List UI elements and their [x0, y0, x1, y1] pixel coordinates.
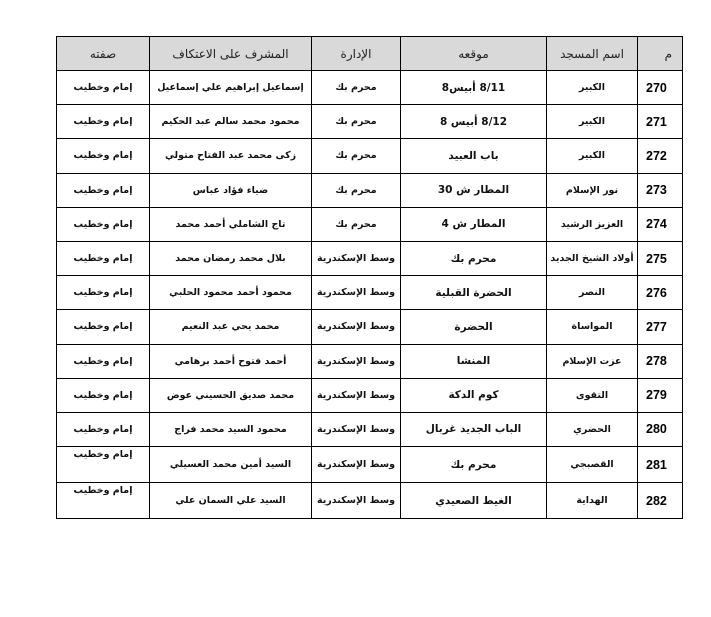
cell-role: إمام وخطيب [57, 378, 150, 412]
cell-role: إمام وخطيب [57, 71, 150, 105]
cell-mosque-name: الحضري [547, 412, 638, 446]
table-row: 281القصبجيمحرم بكوسط الإسكندريةالسيد أمي… [57, 447, 683, 483]
cell-department: وسط الإسكندرية [312, 483, 401, 519]
cell-supervisor: بلال محمد رمضان محمد [150, 241, 312, 275]
cell-location: 8/12 أبيس 8 [401, 105, 547, 139]
cell-num: 276 [638, 276, 683, 310]
cell-location: باب العبيد [401, 139, 547, 173]
table-row: 273نور الإسلامالمطار ش 30محرم بكضياء فؤا… [57, 173, 683, 207]
cell-location: محرم بك [401, 447, 547, 483]
cell-mosque-name: العزيز الرشيد [547, 207, 638, 241]
cell-mosque-name: نور الإسلام [547, 173, 638, 207]
cell-role: إمام وخطيب [57, 447, 150, 483]
header-num: م [638, 37, 683, 71]
cell-mosque-name: الكبير [547, 139, 638, 173]
cell-supervisor: إسماعيل إبراهيم علي إسماعيل [150, 71, 312, 105]
cell-department: وسط الإسكندرية [312, 412, 401, 446]
cell-department: وسط الإسكندرية [312, 310, 401, 344]
cell-mosque-name: المواساة [547, 310, 638, 344]
cell-location: الغيط الصعيدي [401, 483, 547, 519]
table-row: 272الكبيرباب العبيدمحرم بكزكى محمد عبد ا… [57, 139, 683, 173]
cell-num: 281 [638, 447, 683, 483]
cell-supervisor: أحمد فتوح أحمد برهامي [150, 344, 312, 378]
cell-department: محرم بك [312, 173, 401, 207]
cell-location: المطار ش 4 [401, 207, 547, 241]
cell-department: وسط الإسكندرية [312, 344, 401, 378]
cell-supervisor: السيد علي السمان علي [150, 483, 312, 519]
cell-location: الحضرة القبلية [401, 276, 547, 310]
cell-num: 279 [638, 378, 683, 412]
table-row: 270الكبير8/11 أبيس8محرم بكإسماعيل إبراهي… [57, 71, 683, 105]
header-supervisor: المشرف على الاعتكاف [150, 37, 312, 71]
cell-role: إمام وخطيب [57, 483, 150, 519]
header-role: صفته [57, 37, 150, 71]
cell-location: كوم الدكة [401, 378, 547, 412]
cell-location: 8/11 أبيس8 [401, 71, 547, 105]
cell-role: إمام وخطيب [57, 105, 150, 139]
table-row: 278عزت الإسلامالمنشاوسط الإسكندريةأحمد ف… [57, 344, 683, 378]
cell-num: 270 [638, 71, 683, 105]
cell-location: الحضرة [401, 310, 547, 344]
cell-num: 282 [638, 483, 683, 519]
table-row: 280الحضريالباب الجديد غربالوسط الإسكندري… [57, 412, 683, 446]
cell-supervisor: تاج الشاملي أحمد محمد [150, 207, 312, 241]
cell-department: وسط الإسكندرية [312, 447, 401, 483]
cell-mosque-name: الكبير [547, 71, 638, 105]
cell-role: إمام وخطيب [57, 276, 150, 310]
cell-department: محرم بك [312, 207, 401, 241]
cell-mosque-name: الكبير [547, 105, 638, 139]
table-row: 279التقوىكوم الدكةوسط الإسكندريةمحمد صدي… [57, 378, 683, 412]
cell-mosque-name: التقوى [547, 378, 638, 412]
cell-location: الباب الجديد غربال [401, 412, 547, 446]
cell-role: إمام وخطيب [57, 173, 150, 207]
cell-num: 277 [638, 310, 683, 344]
cell-role: إمام وخطيب [57, 412, 150, 446]
header-row: م اسم المسجد موقعه الإدارة المشرف على ال… [57, 37, 683, 71]
cell-mosque-name: عزت الإسلام [547, 344, 638, 378]
cell-supervisor: محمود أحمد محمود الحلبي [150, 276, 312, 310]
header-department: الإدارة [312, 37, 401, 71]
cell-role: إمام وخطيب [57, 344, 150, 378]
table-row: 275أولاد الشيخ الجديدمحرم بكوسط الإسكندر… [57, 241, 683, 275]
cell-supervisor: محمود السيد محمد فراج [150, 412, 312, 446]
cell-num: 280 [638, 412, 683, 446]
cell-supervisor: محمود محمد سالم عبد الحكيم [150, 105, 312, 139]
cell-supervisor: محمد صديق الحسيني عوض [150, 378, 312, 412]
cell-role: إمام وخطيب [57, 207, 150, 241]
cell-department: وسط الإسكندرية [312, 241, 401, 275]
cell-num: 272 [638, 139, 683, 173]
cell-supervisor: زكى محمد عبد الفتاح متولي [150, 139, 312, 173]
table-row: 277المواساةالحضرةوسط الإسكندريةمحمد يحي … [57, 310, 683, 344]
cell-mosque-name: أولاد الشيخ الجديد [547, 241, 638, 275]
cell-role: إمام وخطيب [57, 241, 150, 275]
cell-department: وسط الإسكندرية [312, 276, 401, 310]
cell-department: محرم بك [312, 105, 401, 139]
cell-department: وسط الإسكندرية [312, 378, 401, 412]
cell-num: 275 [638, 241, 683, 275]
cell-mosque-name: النصر [547, 276, 638, 310]
table-row: 274العزيز الرشيدالمطار ش 4محرم بكتاج الش… [57, 207, 683, 241]
cell-location: المطار ش 30 [401, 173, 547, 207]
cell-department: محرم بك [312, 139, 401, 173]
cell-num: 278 [638, 344, 683, 378]
cell-mosque-name: القصبجي [547, 447, 638, 483]
cell-mosque-name: الهداية [547, 483, 638, 519]
table-row: 282الهدايةالغيط الصعيديوسط الإسكندريةالس… [57, 483, 683, 519]
cell-supervisor: ضياء فؤاد عباس [150, 173, 312, 207]
cell-department: محرم بك [312, 71, 401, 105]
cell-location: المنشا [401, 344, 547, 378]
cell-role: إمام وخطيب [57, 310, 150, 344]
mosques-table: م اسم المسجد موقعه الإدارة المشرف على ال… [56, 36, 683, 519]
table-row: 276النصرالحضرة القبليةوسط الإسكندريةمحمو… [57, 276, 683, 310]
header-mosque-name: اسم المسجد [547, 37, 638, 71]
cell-location: محرم بك [401, 241, 547, 275]
table-row: 271الكبير8/12 أبيس 8محرم بكمحمود محمد سا… [57, 105, 683, 139]
cell-num: 273 [638, 173, 683, 207]
cell-supervisor: محمد يحي عبد النعيم [150, 310, 312, 344]
cell-supervisor: السيد أمين محمد العسيلي [150, 447, 312, 483]
cell-num: 274 [638, 207, 683, 241]
cell-role: إمام وخطيب [57, 139, 150, 173]
header-location: موقعه [401, 37, 547, 71]
cell-num: 271 [638, 105, 683, 139]
